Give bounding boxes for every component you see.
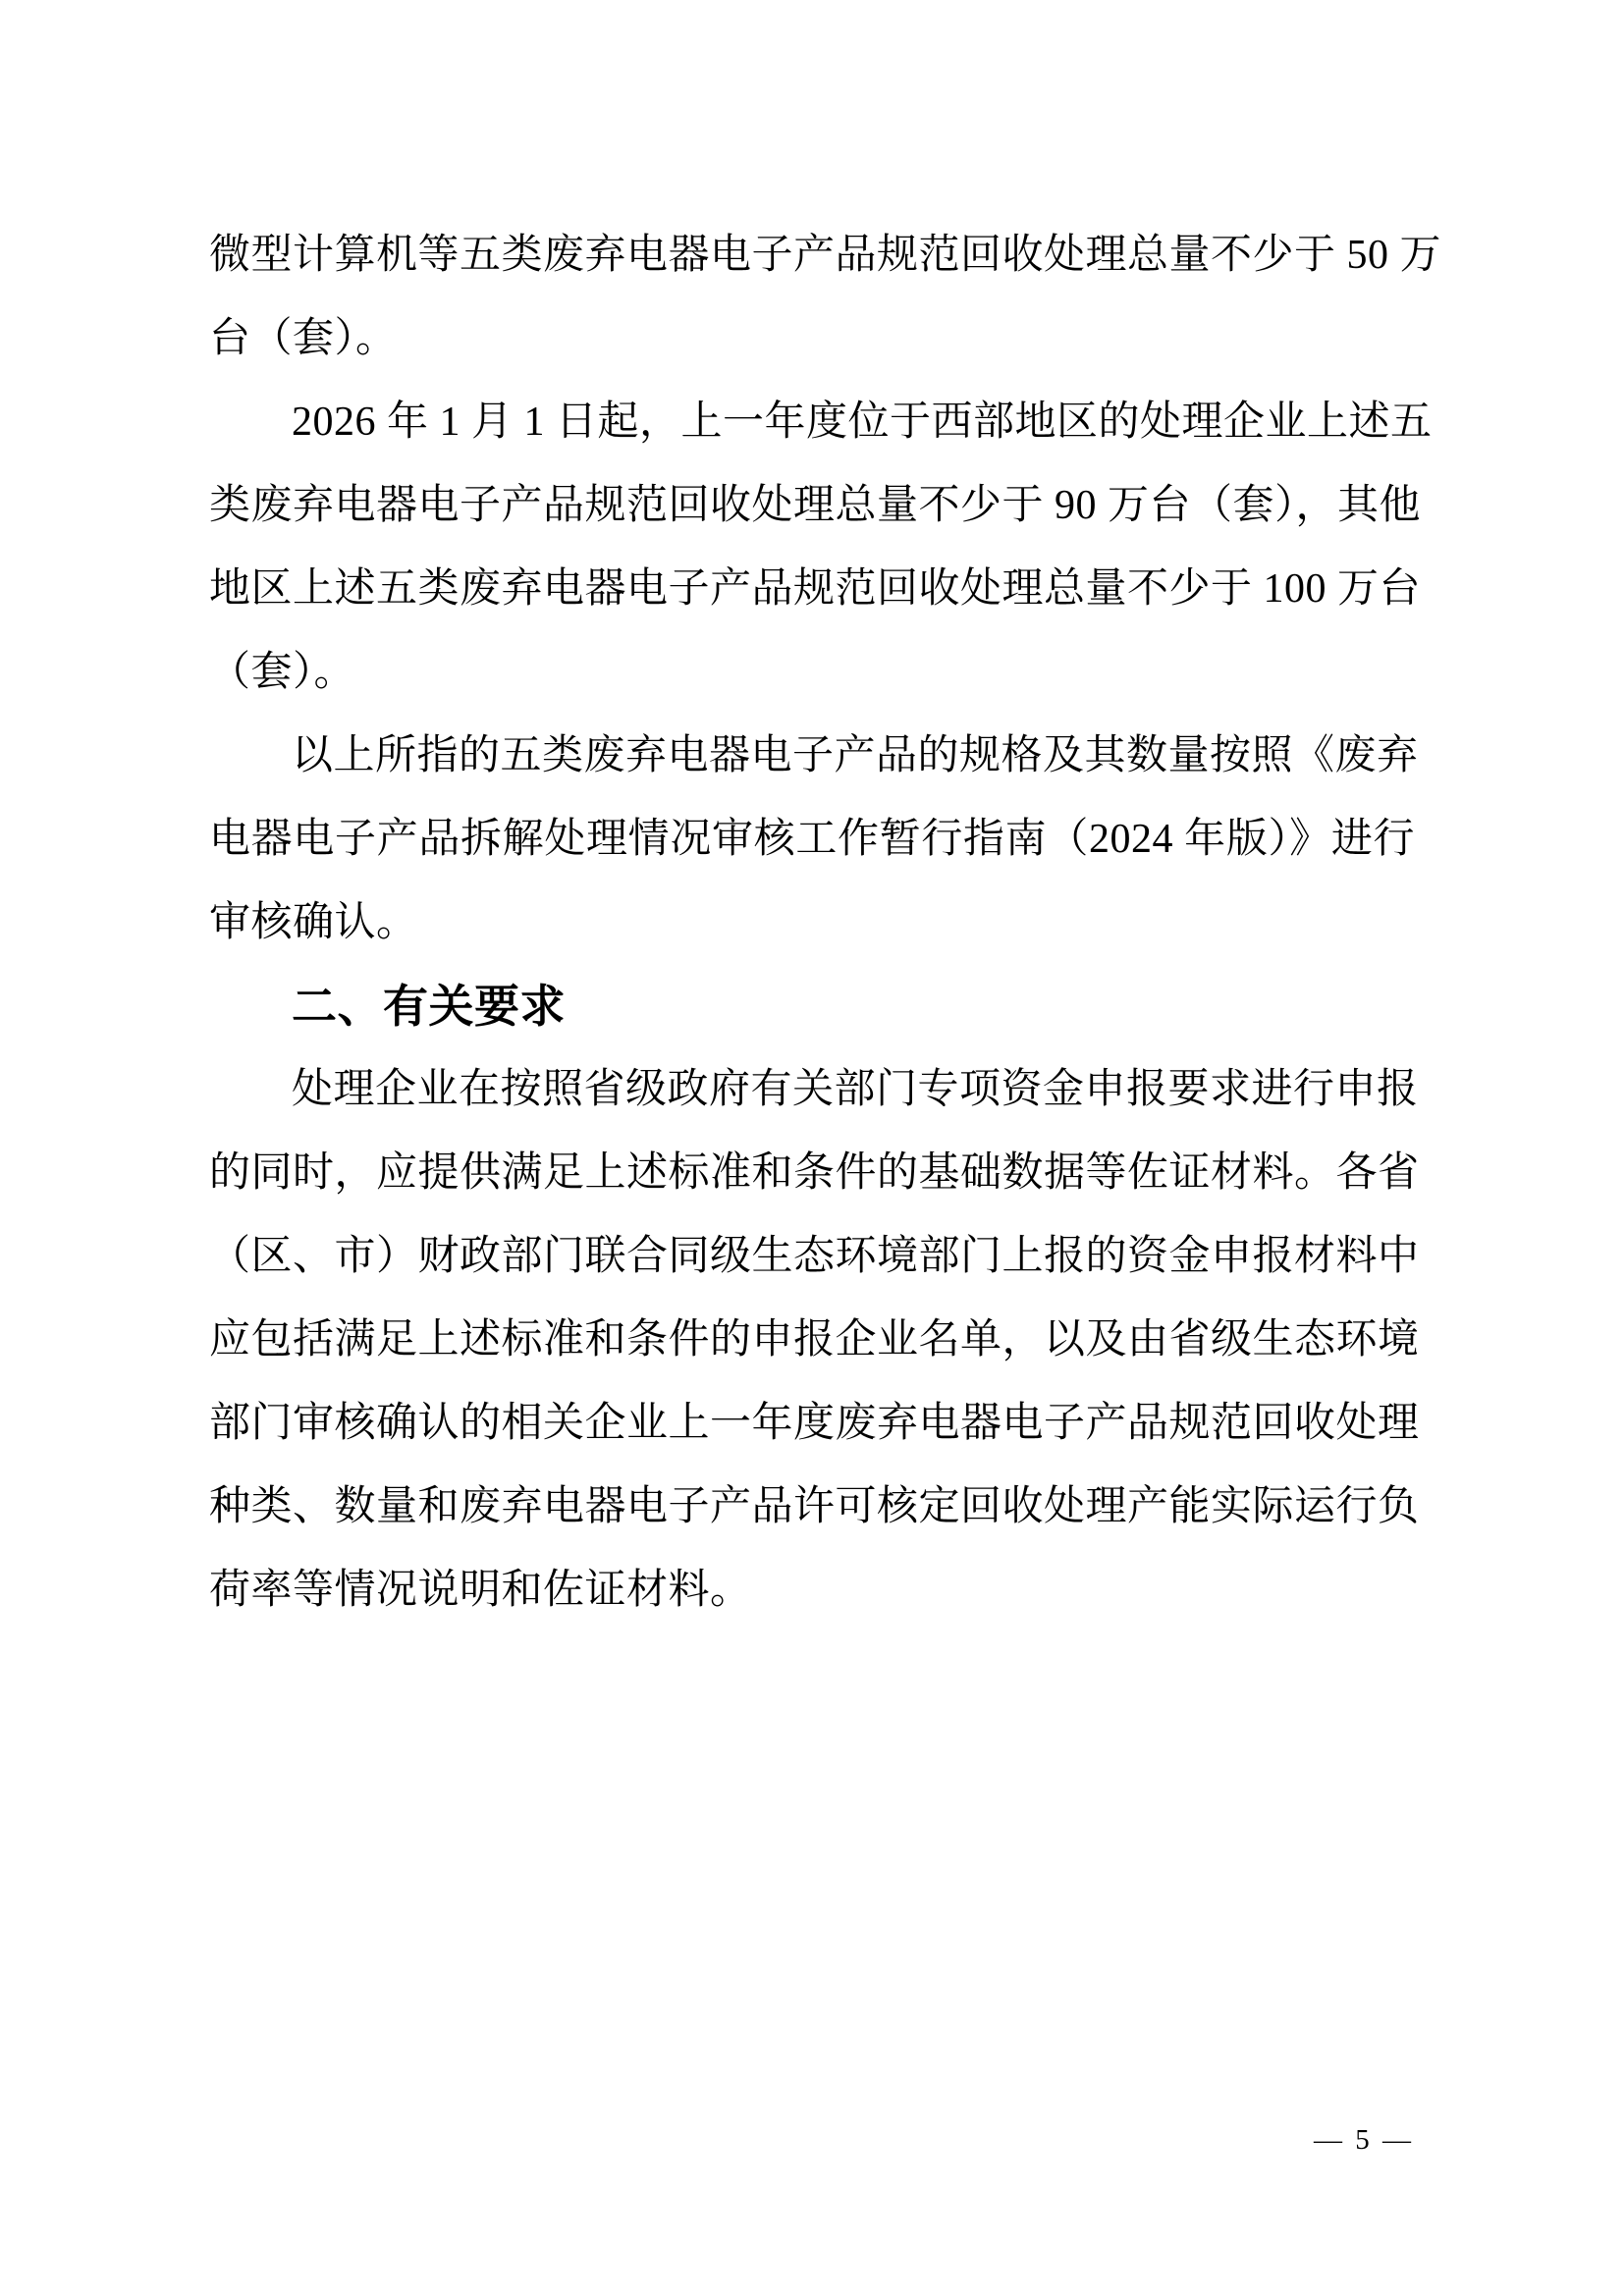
body-line: 微型计算机等五类废弃电器电子产品规范回收处理总量不少于 50 万 [209, 214, 1415, 297]
body-line: 处理企业在按照省级政府有关部门专项资金申报要求进行申报 [209, 1048, 1415, 1132]
body-line: 以上所指的五类废弃电器电子产品的规格及其数量按照《废弃 [209, 715, 1415, 798]
body-line: 种类、数量和废弃电器电子产品许可核定回收处理产能实际运行负 [209, 1466, 1415, 1549]
body-line: 应包括满足上述标准和条件的申报企业名单，以及由省级生态环境 [209, 1299, 1415, 1382]
body-line: （区、市）财政部门联合同级生态环境部门上报的资金申报材料中 [209, 1215, 1415, 1299]
body-line: 的同时，应提供满足上述标准和条件的基础数据等佐证材料。各省 [209, 1132, 1415, 1215]
body-text: 微型计算机等五类废弃电器电子产品规范回收处理总量不少于 50 万 台（套）。 2… [209, 214, 1415, 1632]
body-line: 地区上述五类废弃电器电子产品规范回收处理总量不少于 100 万台 [209, 548, 1415, 631]
body-line: 荷率等情况说明和佐证材料。 [209, 1549, 1415, 1632]
body-line: 部门审核确认的相关企业上一年度废弃电器电子产品规范回收处理 [209, 1382, 1415, 1466]
body-line: 类废弃电器电子产品规范回收处理总量不少于 90 万台（套），其他 [209, 464, 1415, 548]
section-heading: 二、有关要求 [209, 965, 1415, 1048]
body-line: （套）。 [209, 631, 1415, 715]
document-page: 微型计算机等五类废弃电器电子产品规范回收处理总量不少于 50 万 台（套）。 2… [0, 0, 1624, 2296]
body-line: 电器电子产品拆解处理情况审核工作暂行指南（2024 年版）》进行 [209, 798, 1415, 881]
body-line: 审核确认。 [209, 881, 1415, 965]
body-line: 2026 年 1 月 1 日起，上一年度位于西部地区的处理企业上述五 [209, 381, 1415, 464]
page-number: — 5 — [1314, 2120, 1414, 2160]
body-line: 台（套）。 [209, 297, 1415, 381]
